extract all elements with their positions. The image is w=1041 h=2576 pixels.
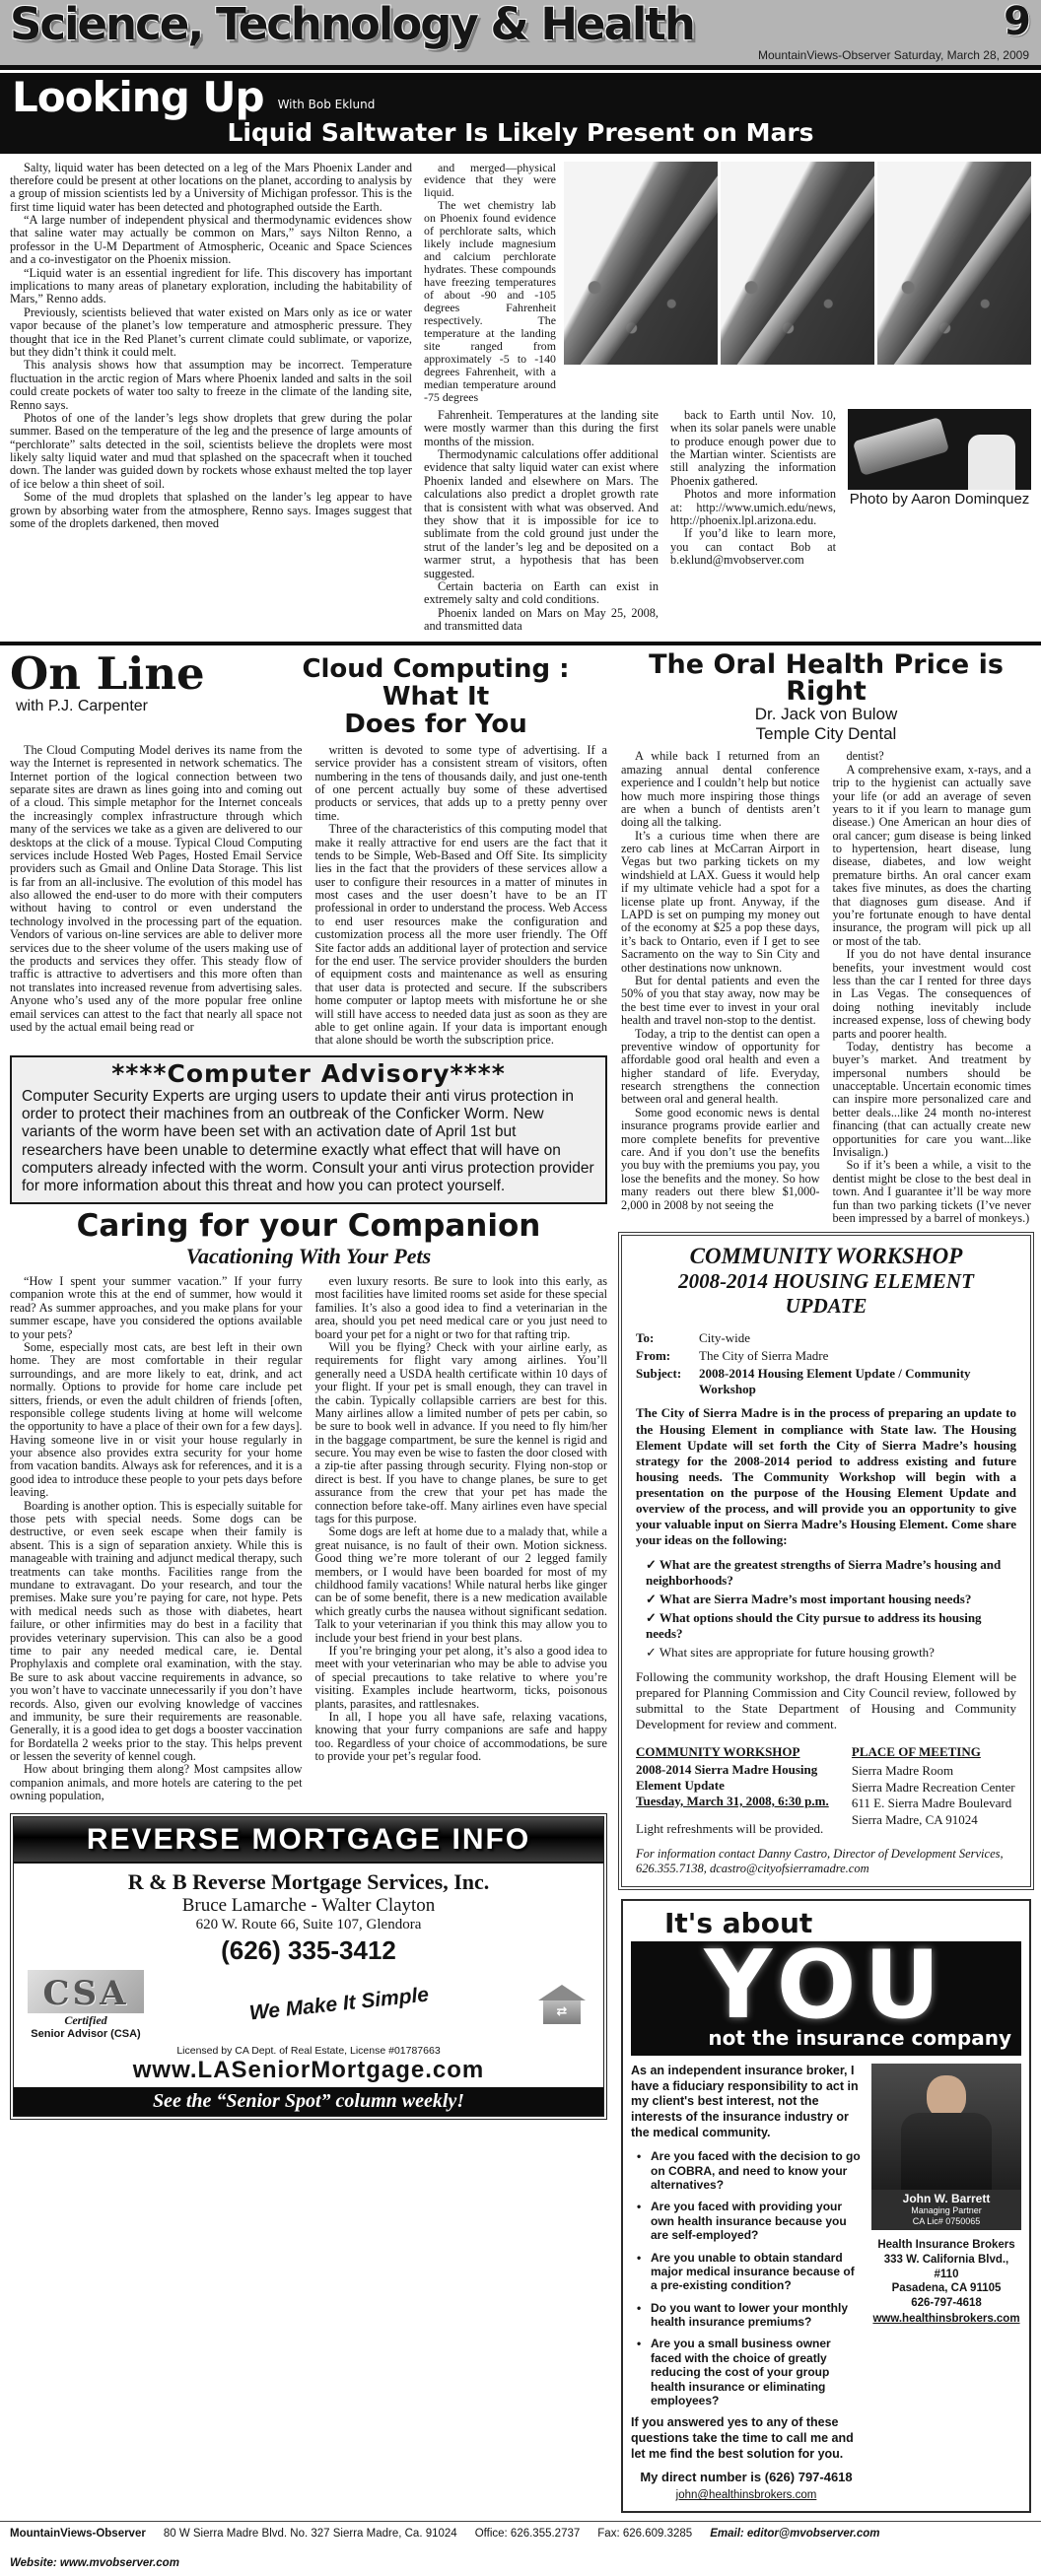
article-paragraph: How about bringing them along? Most camp… <box>10 1763 303 1802</box>
insurance-email-link[interactable]: john@healthinsbrokers.com <box>631 2489 862 2501</box>
workshop-question: ✓ What sites are appropriate for future … <box>646 1645 1016 1661</box>
masthead: Science, Technology & Health 9 MountainV… <box>0 0 1041 70</box>
footer-paper-name: MountainViews-Observer <box>10 2528 146 2540</box>
firm-website-link[interactable]: www.healthinsbrokers.com <box>871 2313 1021 2325</box>
footer-fax: Fax: 626.609.3285 <box>597 2528 692 2540</box>
firm-address-line: Pasadena, CA 91105 <box>871 2281 1021 2296</box>
advisory-body: Computer Security Experts are urging use… <box>22 1088 595 1196</box>
article-paragraph: Some dogs are left at home due to a mala… <box>315 1525 608 1645</box>
page-footer: MountainViews-Observer 80 W Sierra Madre… <box>0 2521 1041 2576</box>
article-paragraph: “How I spent your summer vacation.” If y… <box>10 1275 303 1341</box>
article-paragraph: Photos and more information at: http://w… <box>670 488 836 527</box>
mortgage-ad-middle-row: CSA Certified Senior Advisor (CSA) We Ma… <box>14 1968 603 2042</box>
article-paragraph: But for dental patients and even the 50%… <box>621 975 820 1028</box>
mars-column-2: and merged—physical evidence that they w… <box>424 162 556 404</box>
firm-address-line: 333 W. California Blvd., #110 <box>871 2253 1021 2282</box>
insurance-agent-column: John W. Barrett Managing Partner CA Lic#… <box>871 2064 1021 2501</box>
footer-office-phone: Office: 626.355.2737 <box>475 2528 581 2540</box>
health-insurance-ad: It's about YOU not the insurance company… <box>621 1899 1031 2514</box>
online-header: On Line with P.J. Carpenter Cloud Comput… <box>10 651 607 738</box>
mars-continuation-column: Fahrenheit. Temperatures at the landing … <box>424 409 659 634</box>
article-paragraph: and merged—physical evidence that they w… <box>424 162 556 200</box>
workshop-update-line: 2008-2014 Sierra Madre Housing Element U… <box>636 1762 842 1794</box>
insurance-bullet: Are you faced with providing your own he… <box>637 2200 862 2242</box>
insurance-bullet: Are you unable to obtain standard major … <box>637 2251 862 2293</box>
insurance-closing: If you answered yes to any of these ques… <box>631 2415 862 2462</box>
workshop-memo-header: To: City-wide From: The City of Sierra M… <box>636 1330 1016 1397</box>
memo-subject-row: Subject: 2008-2014 Housing Element Updat… <box>636 1366 1016 1397</box>
footer-email-link[interactable]: Email: editor@mvobserver.com <box>710 2528 879 2540</box>
memo-to-value: City-wide <box>699 1330 750 1346</box>
workshop-question: ✓ What are the greatest strengths of Sie… <box>646 1557 1016 1589</box>
article-subheadline-pets: Vacationing With Your Pets <box>10 1244 607 1269</box>
cloud-column-2: written is devoted to some type of adver… <box>315 744 608 1048</box>
mars-top-row: and merged—physical evidence that they w… <box>424 162 1031 404</box>
workshop-meeting-place: PLACE OF MEETING Sierra Madre RoomSierra… <box>852 1744 1016 1837</box>
article-paragraph: Will you be flying? Check with your airl… <box>315 1341 608 1525</box>
workshop-body-paragraph: The City of Sierra Madre is in the proce… <box>636 1405 1016 1548</box>
memo-to-row: To: City-wide <box>636 1330 1016 1346</box>
house-arrows-icon: ⇄ <box>543 2000 581 2024</box>
computer-advisory-box: ****Computer Advisory**** Computer Secur… <box>10 1055 607 1205</box>
workshop-contact-line: For information contact Danny Castro, Di… <box>636 1847 1016 1876</box>
mortgage-license-line: Licensed by CA Dept. of Real Estate, Lic… <box>14 2045 603 2057</box>
insurance-bullet: Do you want to lower your monthly health… <box>637 2301 862 2330</box>
workshop-place-line: 611 E. Sierra Madre Boulevard <box>852 1796 1016 1812</box>
csa-caption-line-2: Senior Advisor (CSA) <box>28 2028 144 2040</box>
csa-logo: CSA Certified Senior Advisor (CSA) <box>28 1970 144 2040</box>
article-paragraph: Salty, liquid water has been detected on… <box>10 162 412 215</box>
insurance-ad-you-word: YOU <box>641 1941 1011 2030</box>
house-roof-icon <box>538 1985 586 2000</box>
workshop-question: ✓ What are Sierra Madre’s most important… <box>646 1592 1016 1607</box>
article-paragraph: Fahrenheit. Temperatures at the landing … <box>424 409 659 448</box>
mars-column-3: back to Earth until Nov. 10, when its so… <box>670 409 836 634</box>
article-paragraph: dentist? <box>833 750 1032 763</box>
left-half: On Line with P.J. Carpenter Cloud Comput… <box>10 651 607 2120</box>
insurance-ad-body: As an independent insurance broker, I ha… <box>631 2064 1021 2501</box>
article-paragraph: Photos of one of the lander’s legs show … <box>10 412 412 491</box>
cloud-article: The Cloud Computing Model derives its na… <box>10 744 607 1048</box>
oral-column-2: dentist?A comprehensive exam, x-rays, an… <box>833 750 1032 1225</box>
cloud-column-1: The Cloud Computing Model derives its na… <box>10 744 303 1048</box>
insurance-ad-subline: not the insurance company <box>641 2026 1011 2050</box>
insurance-bullet-list: Are you faced with the decision to go on… <box>637 2149 862 2407</box>
article-paragraph: If you’re bringing your pet along, it’s … <box>315 1645 608 1711</box>
workshop-title-line-2: 2008-2014 HOUSING ELEMENT UPDATE <box>636 1269 1016 1319</box>
article-paragraph: A while back I returned from an amazing … <box>621 750 820 829</box>
section-title: Science, Technology & Health <box>10 2 694 46</box>
pets-column-1: “How I spent your summer vacation.” If y… <box>10 1275 303 1803</box>
mars-right-region: and merged—physical evidence that they w… <box>424 162 1031 634</box>
article-paragraph: A comprehensive exam, x-rays, and a trip… <box>833 764 1032 948</box>
article-paragraph: Certain bacteria on Earth can exist in e… <box>424 580 659 607</box>
memo-subject-value: 2008-2014 Housing Element Update / Commu… <box>699 1366 1016 1397</box>
column-title-looking-up: Looking Up <box>12 77 264 118</box>
article-paragraph: Three of the characteristics of this com… <box>315 823 608 1048</box>
right-half: The Oral Health Price is Right Dr. Jack … <box>621 651 1031 2514</box>
workshop-place-line: Sierra Madre Room <box>852 1763 1016 1780</box>
insurance-ad-text-column: As an independent insurance broker, I ha… <box>631 2064 862 2501</box>
insurance-bullet: Are you faced with the decision to go on… <box>637 2149 862 2192</box>
mars-photo-strip <box>564 162 1031 404</box>
workshop-place-line: Sierra Madre, CA 91024 <box>852 1812 1016 1829</box>
workshop-date-line: Tuesday, March 31, 2008, 6:30 p.m. <box>636 1794 842 1809</box>
mortgage-tagline: We Make It Simple <box>160 1974 520 2035</box>
mortgage-address: 620 W. Route 66, Suite 107, Glendora <box>14 1917 603 1933</box>
reverse-mortgage-ad: REVERSE MORTGAGE INFO R & B Reverse Mort… <box>10 1813 607 2120</box>
looking-up-row: Looking Up With Bob Eklund <box>12 77 1029 118</box>
article-paragraph: “Liquid water is an essential ingredient… <box>10 267 412 306</box>
online-byline: with P.J. Carpenter <box>10 698 256 715</box>
firm-address-block: Health Insurance Brokers333 W. Californi… <box>871 2238 1021 2312</box>
article-paragraph: written is devoted to some type of adver… <box>315 744 608 823</box>
firm-address-line: Health Insurance Brokers <box>871 2238 1021 2253</box>
mortgage-phone: (626) 335-3412 <box>14 1935 603 1966</box>
article-headline-oral-health: The Oral Health Price is Right <box>621 651 1031 705</box>
oral-column-1: A while back I returned from an amazing … <box>621 750 820 1225</box>
pets-column-2: even luxury resorts. Be sure to look int… <box>315 1275 608 1803</box>
insurance-direct-number: My direct number is (626) 797-4618 <box>631 2470 862 2484</box>
mars-column-1: Salty, liquid water has been detected on… <box>10 162 412 634</box>
masthead-row: Science, Technology & Health 9 <box>10 2 1031 46</box>
mars-lander-leg-photo-2 <box>721 162 874 365</box>
online-title-block: On Line with P.J. Carpenter <box>10 651 256 715</box>
oral-article: A while back I returned from an amazing … <box>621 750 1031 1225</box>
agent-suit-icon <box>901 2113 992 2190</box>
oral-byline-practice: Temple City Dental <box>621 724 1031 744</box>
agent-title: Managing Partner <box>873 2205 1019 2216</box>
article-paragraph: It’s a curious time when there are zero … <box>621 830 820 975</box>
photo-credit: Photo by Aaron Dominquez <box>848 491 1031 508</box>
article-paragraph: Today, dentistry has become a buyer’s ma… <box>833 1041 1032 1160</box>
mortgage-company-name: R & B Reverse Mortgage Services, Inc. <box>14 1869 603 1895</box>
csa-caption-line-1: Certified <box>28 2013 144 2028</box>
headline-line-2: Does for You <box>264 711 607 738</box>
community-workshop-notice: COMMUNITY WORKSHOP 2008-2014 HOUSING ELE… <box>621 1235 1031 1886</box>
workshop-question: ✓ What options should the City pursue to… <box>646 1610 1016 1642</box>
insurance-bullet: Are you a small business owner faced wit… <box>637 2337 862 2407</box>
looking-up-banner: Looking Up With Bob Eklund Liquid Saltwa… <box>0 73 1041 154</box>
workshop-place-line: Sierra Madre Recreation Center <box>852 1780 1016 1796</box>
agent-license: CA Lic# 0750065 <box>873 2216 1019 2227</box>
mortgage-website-link[interactable]: www.LASeniorMortgage.com <box>14 2057 603 2084</box>
pets-article: “How I spent your summer vacation.” If y… <box>10 1275 607 1803</box>
page-number: 9 <box>1004 2 1031 41</box>
telescope-night-photo <box>848 409 1031 490</box>
article-paragraph: If you’d like to learn more, you can con… <box>670 527 836 567</box>
workshop-question-list: ✓ What are the greatest strengths of Sie… <box>646 1557 1016 1661</box>
footer-address: 80 W Sierra Madre Blvd. No. 327 Sierra M… <box>164 2528 457 2540</box>
article-paragraph: Thermodynamic calculations offer additio… <box>424 448 659 580</box>
article-paragraph: Boarding is another option. This is espe… <box>10 1500 303 1764</box>
article-paragraph: Some of the mud droplets that splashed o… <box>10 491 412 530</box>
agent-name: John W. Barrett <box>873 2192 1019 2205</box>
workshop-place-lines: Sierra Madre RoomSierra Madre Recreation… <box>852 1763 1016 1830</box>
newspaper-page: Science, Technology & Health 9 MountainV… <box>0 0 1041 2576</box>
mortgage-agents: Bruce Lamarche - Walter Clayton <box>14 1895 603 1917</box>
mortgage-ad-footer: See the “Senior Spot” column weekly! <box>14 2087 603 2116</box>
mortgage-ad-banner: REVERSE MORTGAGE INFO <box>14 1817 603 1864</box>
workshop-place-heading: PLACE OF MEETING <box>852 1744 1016 1761</box>
oral-byline-doctor: Dr. Jack von Bulow <box>621 705 1031 724</box>
article-paragraph: Today, a trip to the dentist can open a … <box>621 1028 820 1107</box>
memo-from-row: From: The City of Sierra Madre <box>636 1348 1016 1364</box>
insurance-intro: As an independent insurance broker, I ha… <box>631 2064 862 2140</box>
article-headline-companion: Caring for your Companion <box>10 1210 607 1243</box>
workshop-refreshments-note: Light refreshments will be provided. <box>636 1821 842 1837</box>
section-divider <box>0 642 1041 645</box>
article-paragraph: “A large number of independent physical … <box>10 214 412 267</box>
article-paragraph: even luxury resorts. Be sure to look int… <box>315 1275 608 1341</box>
insurance-ad-you-block: YOU not the insurance company <box>631 1941 1021 2056</box>
middle-section: On Line with P.J. Carpenter Cloud Comput… <box>0 651 1041 2514</box>
workshop-meeting-left: COMMUNITY WORKSHOP 2008-2014 Sierra Madr… <box>636 1744 842 1837</box>
csa-logo-mark: CSA <box>28 1970 144 2013</box>
column-title-on-line: On Line <box>10 651 256 696</box>
article-paragraph: Some good economic news is dental insura… <box>621 1107 820 1212</box>
telescope-icon <box>853 417 949 476</box>
workshop-title-line-1: COMMUNITY WORKSHOP <box>636 1244 1016 1269</box>
firm-address-line: 626-797-4618 <box>871 2296 1021 2311</box>
mars-lander-leg-photo-1 <box>564 162 718 365</box>
mars-lander-leg-photo-3 <box>877 162 1031 365</box>
article-paragraph: Phoenix landed on Mars on May 25, 2008, … <box>424 607 659 634</box>
memo-subject-label: Subject: <box>636 1366 699 1397</box>
article-paragraph: If you do not have dental insurance bene… <box>833 948 1032 1041</box>
workshop-following-paragraph: Following the community workshop, the dr… <box>636 1669 1016 1731</box>
agent-name-bar: John W. Barrett Managing Partner CA Lic#… <box>871 2190 1021 2230</box>
telescope-photo-figure: Photo by Aaron Dominquez <box>848 409 1031 634</box>
person-figure-icon <box>968 435 1015 490</box>
mars-article: Salty, liquid water has been detected on… <box>0 154 1041 638</box>
article-paragraph: back to Earth until Nov. 10, when its so… <box>670 409 836 488</box>
article-paragraph: This analysis shows how that assumption … <box>10 359 412 412</box>
agent-portrait-photo <box>871 2064 1021 2190</box>
article-headline-mars: Liquid Saltwater Is Likely Present on Ma… <box>12 119 1029 147</box>
article-headline-cloud: Cloud Computing : What It Does for You <box>264 651 607 738</box>
article-paragraph: Previously, scientists believed that wat… <box>10 306 412 360</box>
workshop-meeting-grid: COMMUNITY WORKSHOP 2008-2014 Sierra Madr… <box>636 1744 1016 1837</box>
mars-bottom-row: Fahrenheit. Temperatures at the landing … <box>424 409 1031 634</box>
memo-from-label: From: <box>636 1348 699 1364</box>
memo-from-value: The City of Sierra Madre <box>699 1348 828 1364</box>
article-paragraph: Some, especially most cats, are best lef… <box>10 1341 303 1500</box>
memo-to-label: To: <box>636 1330 699 1346</box>
article-paragraph: In all, I hope you all have safe, relaxi… <box>315 1711 608 1764</box>
advisory-title: ****Computer Advisory**** <box>22 1059 595 1088</box>
article-paragraph: The Cloud Computing Model derives its na… <box>10 744 303 1035</box>
footer-website-link[interactable]: Website: www.mvobserver.com <box>10 2557 179 2569</box>
column-byline: With Bob Eklund <box>278 98 376 118</box>
article-paragraph: So if it’s been a while, a visit to the … <box>833 1159 1032 1225</box>
headline-line-1: Cloud Computing : What It <box>264 655 607 711</box>
article-paragraph: The wet chemistry lab on Phoenix found e… <box>424 199 556 404</box>
workshop-left-heading: COMMUNITY WORKSHOP <box>636 1744 842 1760</box>
house-refinance-icon: ⇄ <box>534 1985 590 2024</box>
